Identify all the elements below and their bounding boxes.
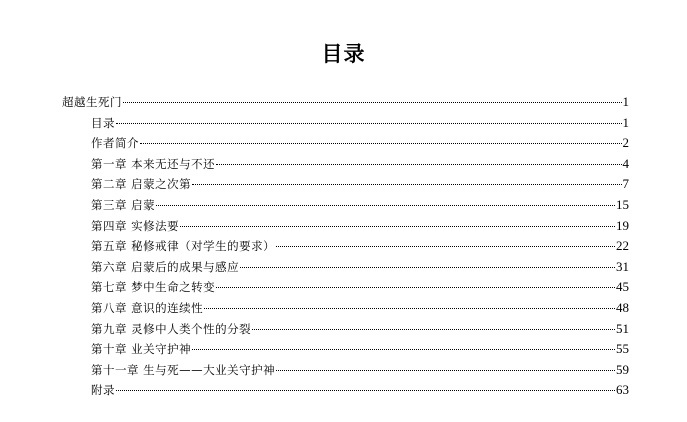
toc-entry[interactable]: 第八章 意识的连续性 48: [62, 298, 629, 319]
toc-entry-page: 2: [623, 133, 630, 154]
toc-entry[interactable]: 第九章 灵修中人类个性的分裂 51: [62, 319, 629, 340]
toc-entry-label: 第八章 意识的连续性: [91, 298, 203, 319]
toc-entry-page: 4: [623, 154, 630, 175]
toc-entry-label: 作者简介: [91, 133, 139, 154]
toc-entry[interactable]: 第三章 启蒙 15: [62, 195, 629, 216]
toc-entry-label: 第三章 启蒙: [91, 195, 155, 216]
toc-entry[interactable]: 第十章 业关守护神 55: [62, 339, 629, 360]
toc-entry-label: 目录: [91, 113, 115, 134]
toc-entry-page: 48: [616, 298, 629, 319]
dot-leader: [116, 390, 615, 391]
dot-leader: [192, 184, 621, 185]
toc-entry-page: 7: [623, 174, 630, 195]
toc-entry-page: 1: [623, 113, 630, 134]
dot-leader: [156, 205, 615, 206]
toc-entry-label: 第五章 秘修戒律（对学生的要求）: [91, 236, 275, 257]
dot-leader: [276, 246, 615, 247]
toc-entry[interactable]: 第六章 启蒙后的成果与感应 31: [62, 257, 629, 278]
toc-entry[interactable]: 第四章 实修法要 19: [62, 216, 629, 237]
dot-leader: [216, 287, 615, 288]
toc-entry-label: 第一章 本来无还与不还: [91, 154, 215, 175]
toc-entry-label: 第二章 启蒙之次第: [91, 174, 191, 195]
dot-leader: [240, 267, 615, 268]
toc-entry-label: 第四章 实修法要: [91, 216, 179, 237]
toc-title: 目录: [0, 38, 687, 68]
toc-entry-label: 第十一章 生与死——大业关守护神: [91, 360, 275, 381]
toc-entry[interactable]: 第十一章 生与死——大业关守护神 59: [62, 360, 629, 381]
toc-entry[interactable]: 第七章 梦中生命之转变 45: [62, 277, 629, 298]
toc-entry[interactable]: 第一章 本来无还与不还 4: [62, 154, 629, 175]
dot-leader: [180, 226, 615, 227]
toc-entry[interactable]: 目录 1: [62, 113, 629, 134]
toc-entry-label: 第九章 灵修中人类个性的分裂: [91, 319, 251, 340]
table-of-contents: 超越生死门 1 目录 1 作者简介 2 第一章 本来无还与不还 4 第二章 启蒙…: [62, 92, 629, 401]
toc-entry-page: 55: [616, 339, 629, 360]
toc-entry[interactable]: 附录 63: [62, 380, 629, 401]
toc-entry-label: 附录: [91, 380, 115, 401]
toc-entry-page: 59: [616, 360, 629, 381]
dot-leader: [252, 329, 615, 330]
toc-entry[interactable]: 超越生死门 1: [62, 92, 629, 113]
toc-entry-page: 45: [616, 277, 629, 298]
dot-leader: [276, 370, 615, 371]
toc-entry-page: 1: [623, 92, 630, 113]
toc-entry-page: 15: [616, 195, 629, 216]
toc-entry-label: 超越生死门: [62, 92, 122, 113]
toc-entry-page: 51: [616, 319, 629, 340]
dot-leader: [116, 123, 622, 124]
toc-entry-label: 第十章 业关守护神: [91, 339, 191, 360]
toc-entry[interactable]: 作者简介 2: [62, 133, 629, 154]
dot-leader: [123, 102, 622, 103]
toc-entry-label: 第七章 梦中生命之转变: [91, 277, 215, 298]
toc-entry[interactable]: 第二章 启蒙之次第 7: [62, 174, 629, 195]
toc-entry[interactable]: 第五章 秘修戒律（对学生的要求） 22: [62, 236, 629, 257]
toc-entry-page: 22: [616, 236, 629, 257]
dot-leader: [204, 308, 615, 309]
dot-leader: [140, 143, 622, 144]
toc-entry-label: 第六章 启蒙后的成果与感应: [91, 257, 239, 278]
toc-entry-page: 19: [616, 216, 629, 237]
dot-leader: [192, 349, 615, 350]
dot-leader: [216, 164, 621, 165]
toc-entry-page: 63: [616, 380, 629, 401]
toc-entry-page: 31: [616, 257, 629, 278]
